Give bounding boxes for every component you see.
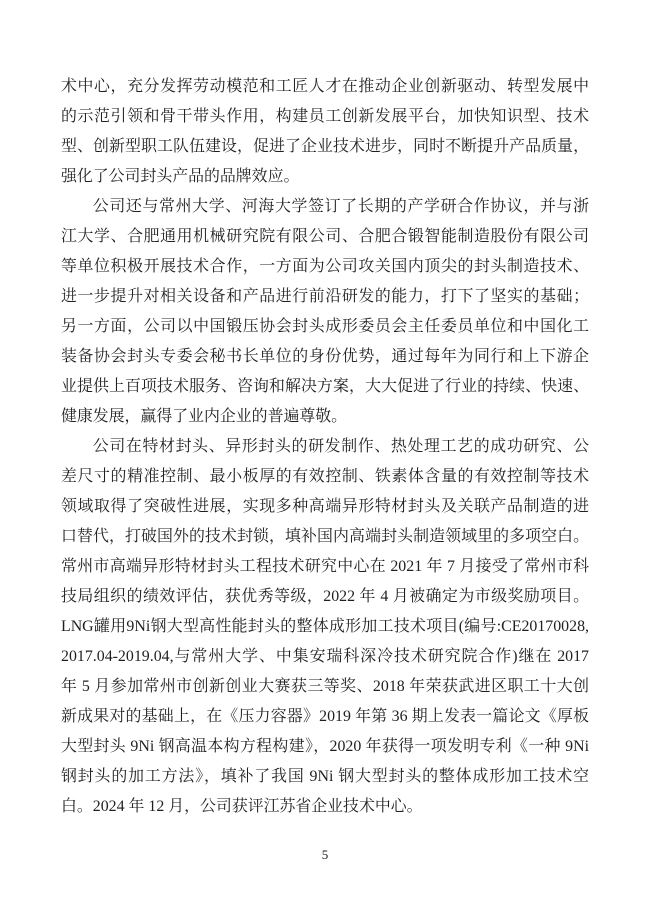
text-line: 技局组织的绩效评估，获优秀等级，2022 年 4 月被确定为市级奖励项目。 xyxy=(61,582,589,612)
text-line: 大型封头 9Ni 钢高温本构方程构建》，2020 年获得一项发明专利《一种 9N… xyxy=(61,732,589,762)
text-line: 另一方面，公司以中国锻压协会封头成形委员会主任委员单位和中国化工 xyxy=(61,312,589,342)
text-line: 公司在特材封头、异形封头的研发制作、热处理工艺的成功研究、公 xyxy=(61,432,589,462)
page-footer: 5 xyxy=(0,846,650,864)
text-line: 常州市高端异形特材封头工程技术研究中心在 2021 年 7 月接受了常州市科 xyxy=(61,552,589,582)
document-page: 术中心，充分发挥劳动模范和工匠人才在推动企业创新驱动、转型发展中 的示范引领和骨… xyxy=(0,0,650,920)
text-line: 装备协会封头专委会秘书长单位的身份优势，通过每年为同行和上下游企 xyxy=(61,342,589,372)
text-line: 型、创新型职工队伍建设，促进了企业技术进步，同时不断提升产品质量， xyxy=(61,132,589,162)
page-number: 5 xyxy=(322,847,329,862)
text-line: 新成果对的基础上，在《压力容器》2019 年第 36 期上发表一篇论文《厚板 xyxy=(61,702,589,732)
text-line: 等单位积极开展技术合作，一方面为公司攻关国内顶尖的封头制造技术、 xyxy=(61,252,589,282)
text-line: 业提供上百项技术服务、咨询和解决方案，大大促进了行业的持续、快速、 xyxy=(61,372,589,402)
text-line: 术中心，充分发挥劳动模范和工匠人才在推动企业创新驱动、转型发展中 xyxy=(61,72,589,102)
text-line: 年 5 月参加常州市创新创业大赛获三等奖、2018 年荣获武进区职工十大创 xyxy=(61,672,589,702)
text-line: LNG罐用9Ni钢大型高性能封头的整体成形加工技术项目(编号:CE2017002… xyxy=(61,612,589,642)
text-line: 钢封头的加工方法》，填补了我国 9Ni 钢大型封头的整体成形加工技术空 xyxy=(61,762,589,792)
text-line: 的示范引领和骨干带头作用，构建员工创新发展平台，加快知识型、技术 xyxy=(61,102,589,132)
text-line: 2017.04-2019.04,与常州大学、中集安瑞科深冷技术研究院合作)继在 … xyxy=(61,642,589,672)
text-line: 差尺寸的精准控制、最小板厚的有效控制、铁素体含量的有效控制等技术 xyxy=(61,462,589,492)
text-line: 领域取得了突破性进展，实现多种高端异形特材封头及关联产品制造的进 xyxy=(61,492,589,522)
text-line: 强化了公司封头产品的品牌效应。 xyxy=(61,162,589,192)
body-text-block: 术中心，充分发挥劳动模范和工匠人才在推动企业创新驱动、转型发展中 的示范引领和骨… xyxy=(61,72,589,822)
text-line: 白。2024 年 12 月，公司获评江苏省企业技术中心。 xyxy=(61,792,589,822)
text-line: 健康发展，赢得了业内企业的普遍尊敬。 xyxy=(61,402,589,432)
text-line: 公司还与常州大学、河海大学签订了长期的产学研合作协议，并与浙 xyxy=(61,192,589,222)
text-line: 口替代，打破国外的技术封锁，填补国内高端封头制造领域里的多项空白。 xyxy=(61,522,589,552)
text-line: 进一步提升对相关设备和产品进行前沿研发的能力，打下了坚实的基础； xyxy=(61,282,589,312)
text-line: 江大学、合肥通用机械研究院有限公司、合肥合锻智能制造股份有限公司 xyxy=(61,222,589,252)
